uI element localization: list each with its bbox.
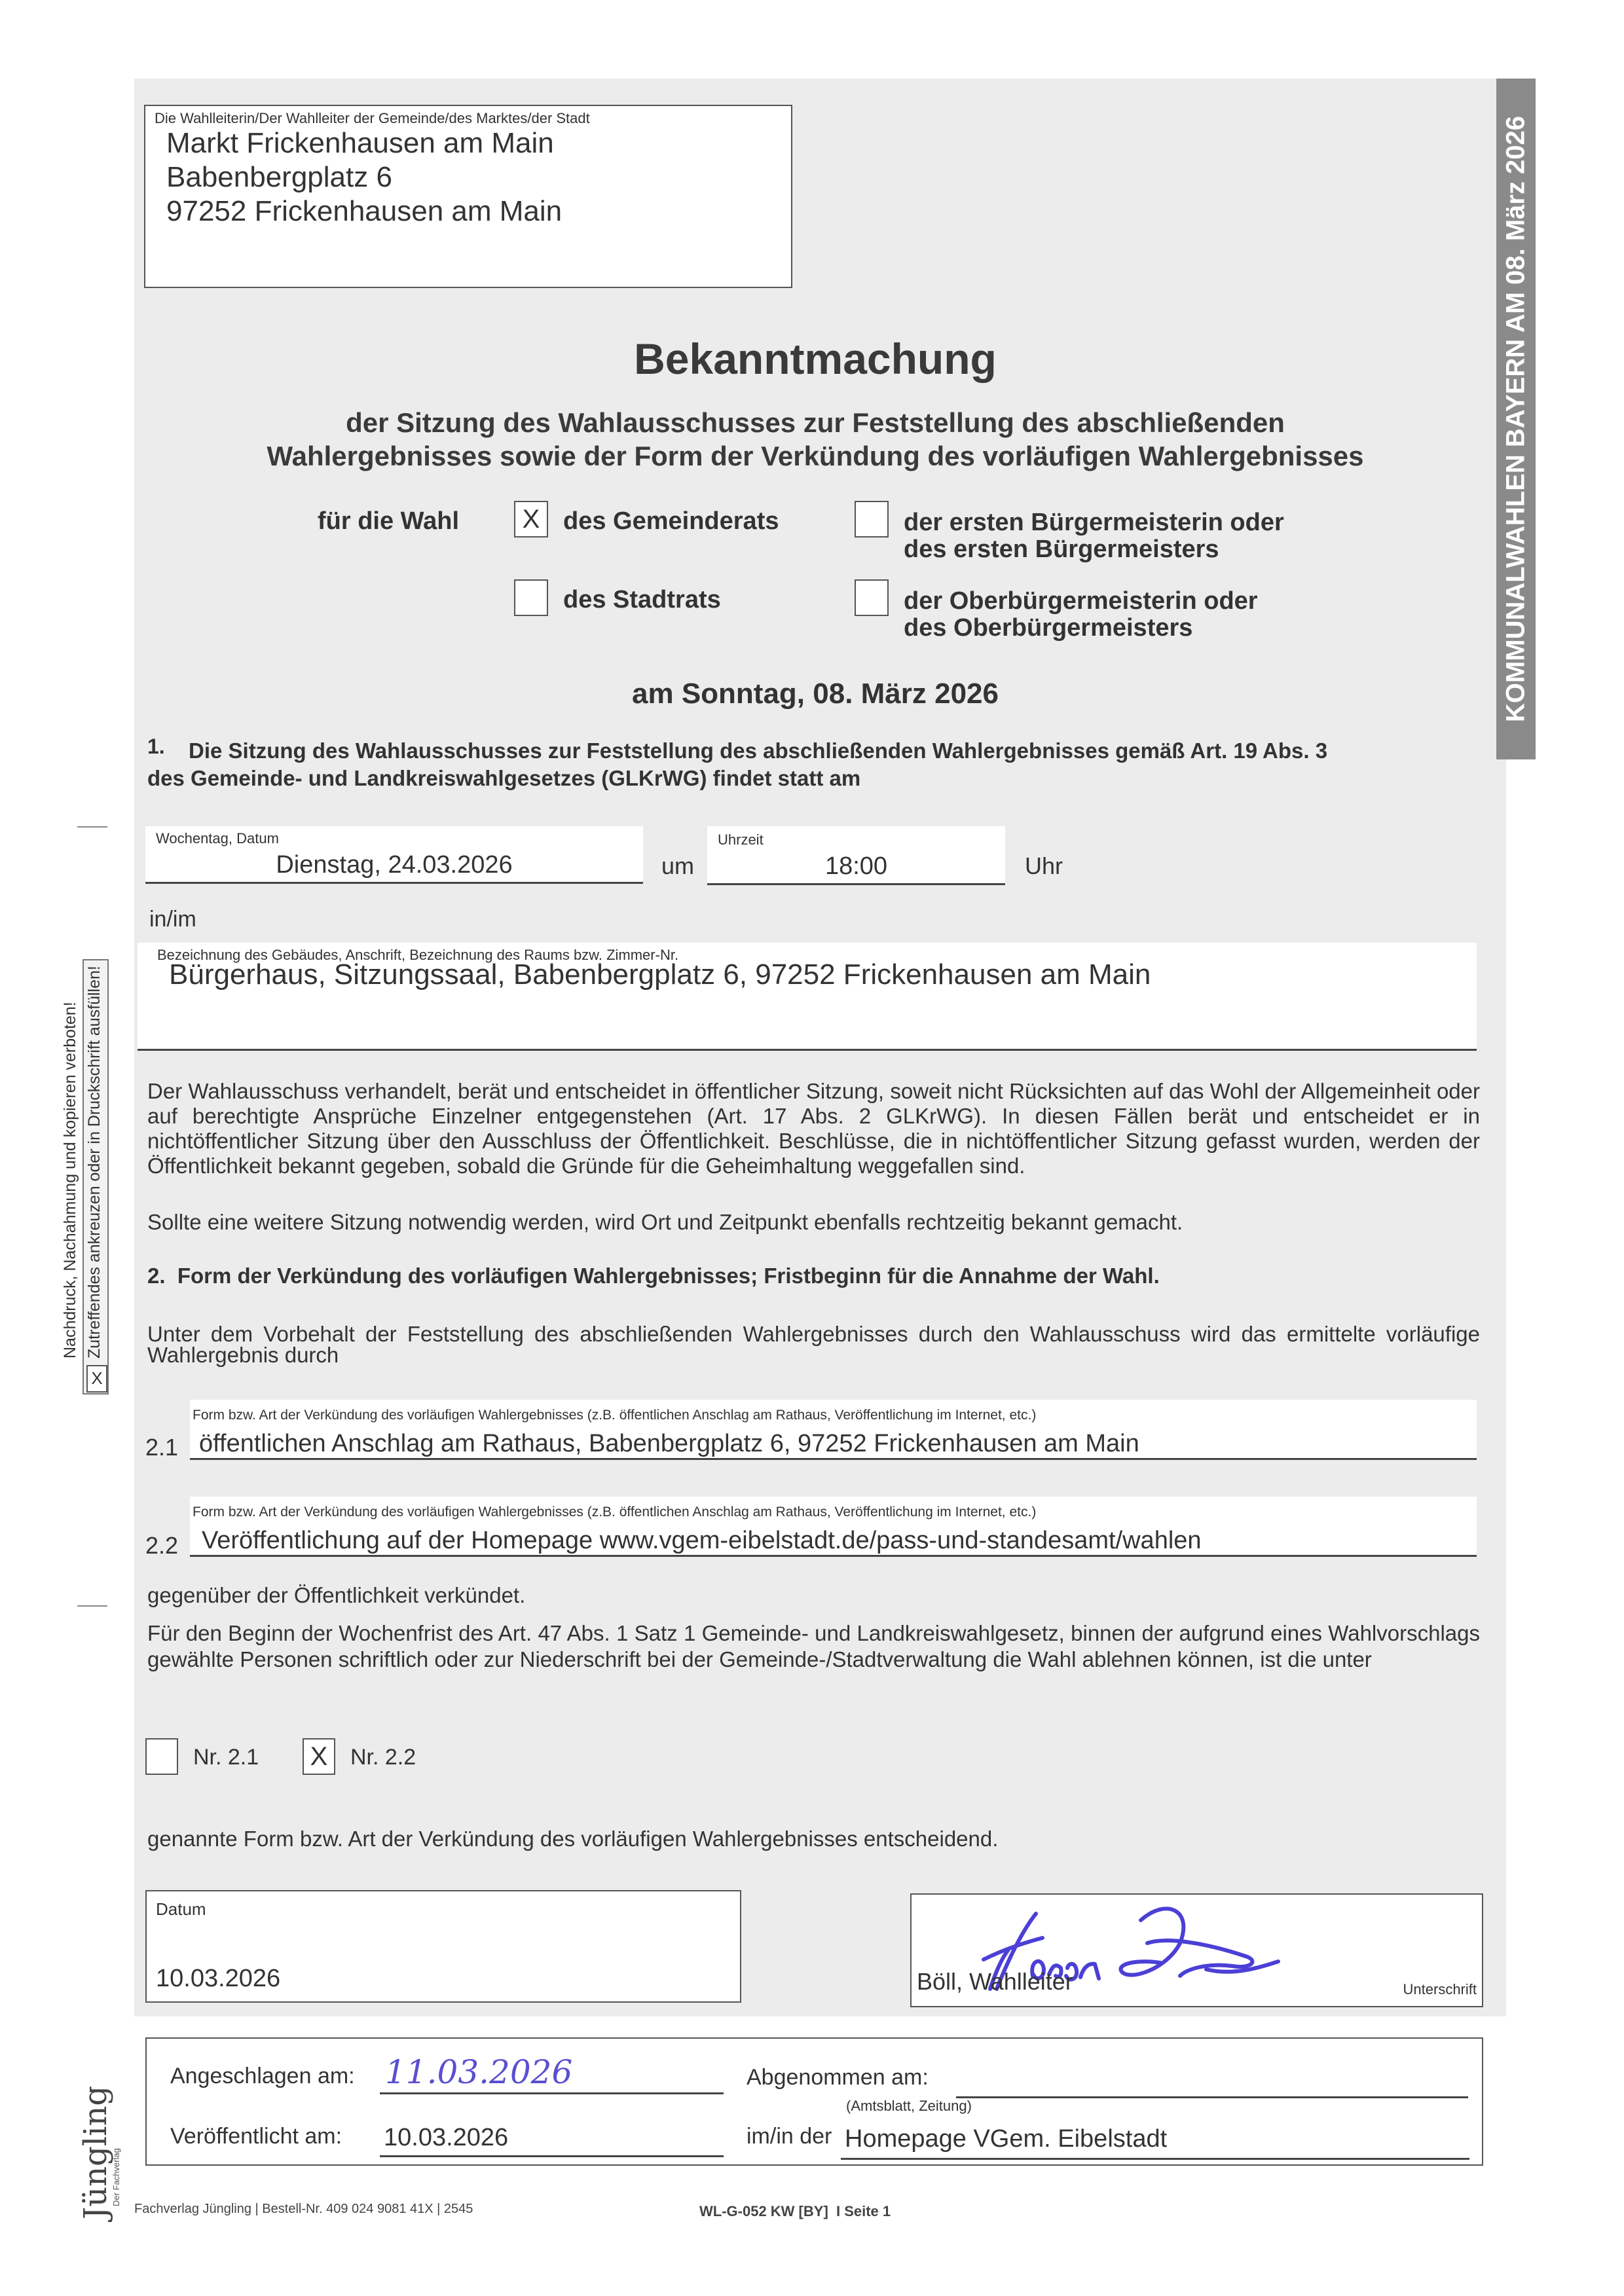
- section1-paragraph-2: Sollte eine weitere Sitzung notwendig we…: [147, 1210, 1480, 1235]
- meeting-date-value: Dienstag, 24.03.2026: [145, 851, 643, 879]
- posting-block: Angeschlagen am: 11.03.2026 Abgenommen a…: [145, 2037, 1483, 2166]
- medium-value: Homepage VGem. Eibelstadt: [845, 2125, 1167, 2153]
- checkbox-buergermeister[interactable]: [855, 501, 889, 538]
- section1-heading-2: des Gemeinde- und Landkreiswahlgesetzes …: [147, 766, 860, 791]
- published-field[interactable]: 10.03.2026: [380, 2116, 724, 2157]
- meeting-time-value: 18:00: [707, 852, 1005, 881]
- choice-nr-2-1-label: Nr. 2.1: [193, 1745, 259, 1770]
- item-2-1-number: 2.1: [145, 1434, 178, 1461]
- option-oberbuergermeister-label-2: des Oberbürgermeisters: [904, 614, 1192, 642]
- election-type-label: für die Wahl: [318, 507, 459, 536]
- page-subtitle-1: der Sitzung des Wahlausschusses zur Fest…: [134, 407, 1496, 439]
- um-label: um: [661, 852, 694, 880]
- announced-text: gegenüber der Öffentlichkeit verkündet.: [147, 1583, 525, 1608]
- footer-form-id: WL-G-052 KW [BY] I Seite 1: [699, 2203, 891, 2220]
- announcement-form-2-1[interactable]: Form bzw. Art der Verkündung des vorläuf…: [190, 1400, 1477, 1460]
- authority-name[interactable]: Markt Frickenhausen am Main: [166, 127, 554, 160]
- meeting-place-value: Bürgerhaus, Sitzungssaal, Babenbergplatz…: [169, 958, 1151, 991]
- announcement-form-2-2[interactable]: Form bzw. Art der Verkündung des vorläuf…: [190, 1497, 1477, 1557]
- meeting-date-label: Wochentag, Datum: [156, 830, 279, 847]
- posted-label: Angeschlagen am:: [170, 2064, 355, 2089]
- signer-name: Böll, Wahlleiter: [917, 1968, 1073, 1995]
- authority-label: Die Wahlleiterin/Der Wahlleiter der Geme…: [155, 110, 590, 127]
- medium-in-label: im/in der: [747, 2124, 832, 2149]
- posted-value: 11.03.2026: [385, 2053, 572, 2091]
- authority-city[interactable]: 97252 Frickenhausen am Main: [166, 195, 562, 228]
- election-banner: KOMMUNALWAHLEN BAYERN AM 08. März 2026: [1496, 79, 1536, 759]
- signature-date-value: 10.03.2026: [156, 1965, 280, 1993]
- section1-number: 1.: [147, 735, 165, 759]
- checkbox-oberbuergermeister[interactable]: [855, 579, 889, 616]
- signature-date-box[interactable]: Datum 10.03.2026: [145, 1890, 741, 2003]
- fill-notice: Zutreffendes ankreuzen oder in Druckschr…: [85, 966, 104, 1358]
- checkbox-stadtrat[interactable]: [514, 579, 548, 616]
- published-label: Veröffentlicht am:: [170, 2124, 342, 2149]
- closing-text: genannte Form bzw. Art der Verkündung de…: [147, 1827, 998, 1851]
- deadline-text: Für den Beginn der Wochenfrist des Art. …: [147, 1620, 1480, 1673]
- option-stadtrat-label: des Stadtrats: [563, 586, 721, 614]
- page-title: Bekanntmachung: [134, 334, 1496, 384]
- fill-notice-mark: X: [86, 1365, 107, 1393]
- page-subtitle-2: Wahlergebnisses sowie der Form der Verkü…: [134, 441, 1496, 472]
- publisher-logo: Jüngling: [77, 2086, 114, 2219]
- election-date: am Sonntag, 08. März 2026: [134, 678, 1496, 710]
- announcement-form-value-2-2: Veröffentlichung auf der Homepage www.vg…: [202, 1527, 1202, 1555]
- copy-notice: Nachdruck, Nachahmung und kopieren verbo…: [61, 1002, 80, 1358]
- posted-field[interactable]: 11.03.2026: [380, 2050, 724, 2094]
- election-banner-text: KOMMUNALWAHLEN BAYERN AM 08. März 2026: [1502, 116, 1531, 722]
- option-buergermeister-label-2: des ersten Bürgermeisters: [904, 536, 1219, 564]
- announcement-form-label-2-2: Form bzw. Art der Verkündung des vorläuf…: [193, 1504, 1036, 1520]
- removed-field[interactable]: [956, 2062, 1468, 2098]
- in-im-label: in/im: [149, 907, 196, 932]
- checkbox-gemeinderat[interactable]: X: [514, 501, 548, 538]
- authority-street[interactable]: Babenbergplatz 6: [166, 161, 392, 194]
- signature-label: Unterschrift: [1403, 1981, 1477, 1998]
- choice-nr-2-2-label: Nr. 2.2: [350, 1745, 416, 1770]
- published-value: 10.03.2026: [384, 2124, 508, 2152]
- section1-heading-1: Die Sitzung des Wahlausschusses zur Fest…: [189, 738, 1327, 763]
- publisher-tagline: Der Fachverlag: [111, 2148, 121, 2206]
- fold-mark-top: [77, 826, 107, 828]
- announcement-form-label-2-1: Form bzw. Art der Verkündung des vorläuf…: [193, 1408, 1036, 1423]
- meeting-date-field[interactable]: Wochentag, Datum Dienstag, 24.03.2026: [145, 826, 643, 884]
- checkbox-nr-2-2[interactable]: X: [303, 1738, 335, 1775]
- option-gemeinderat-label: des Gemeinderats: [563, 507, 779, 536]
- medium-hint: (Amtsblatt, Zeitung): [846, 2098, 972, 2115]
- signature-box[interactable]: Böll, Wahlleiter Unterschrift: [910, 1893, 1483, 2007]
- section1-paragraph-1: Der Wahlausschuss verhandelt, berät und …: [147, 1079, 1480, 1178]
- authority-box: Die Wahlleiterin/Der Wahlleiter der Geme…: [144, 105, 792, 288]
- meeting-time-field[interactable]: Uhrzeit 18:00: [707, 826, 1005, 885]
- medium-field[interactable]: Homepage VGem. Eibelstadt: [841, 2117, 1469, 2160]
- meeting-place-field[interactable]: Bezeichnung des Gebäudes, Anschrift, Bez…: [138, 943, 1477, 1051]
- section2-intro: Unter dem Vorbehalt der Feststellung des…: [147, 1324, 1480, 1366]
- signature-date-label: Datum: [156, 1899, 206, 1920]
- item-2-2-number: 2.2: [145, 1532, 178, 1559]
- option-buergermeister-label-1: der ersten Bürgermeisterin oder: [904, 509, 1284, 537]
- checkbox-nr-2-1[interactable]: [145, 1738, 178, 1775]
- uhr-label: Uhr: [1025, 852, 1063, 880]
- fold-mark-bottom: [77, 1605, 107, 1607]
- footer-publisher: Fachverlag Jüngling | Bestell-Nr. 409 02…: [134, 2202, 473, 2217]
- meeting-time-label: Uhrzeit: [718, 831, 764, 848]
- announcement-form-value-2-1: öffentlichen Anschlag am Rathaus, Babenb…: [199, 1430, 1139, 1458]
- section2-heading: 2. Form der Verkündung des vorläufigen W…: [147, 1264, 1160, 1288]
- option-oberbuergermeister-label-1: der Oberbürgermeisterin oder: [904, 587, 1258, 615]
- removed-label: Abgenommen am:: [747, 2065, 929, 2090]
